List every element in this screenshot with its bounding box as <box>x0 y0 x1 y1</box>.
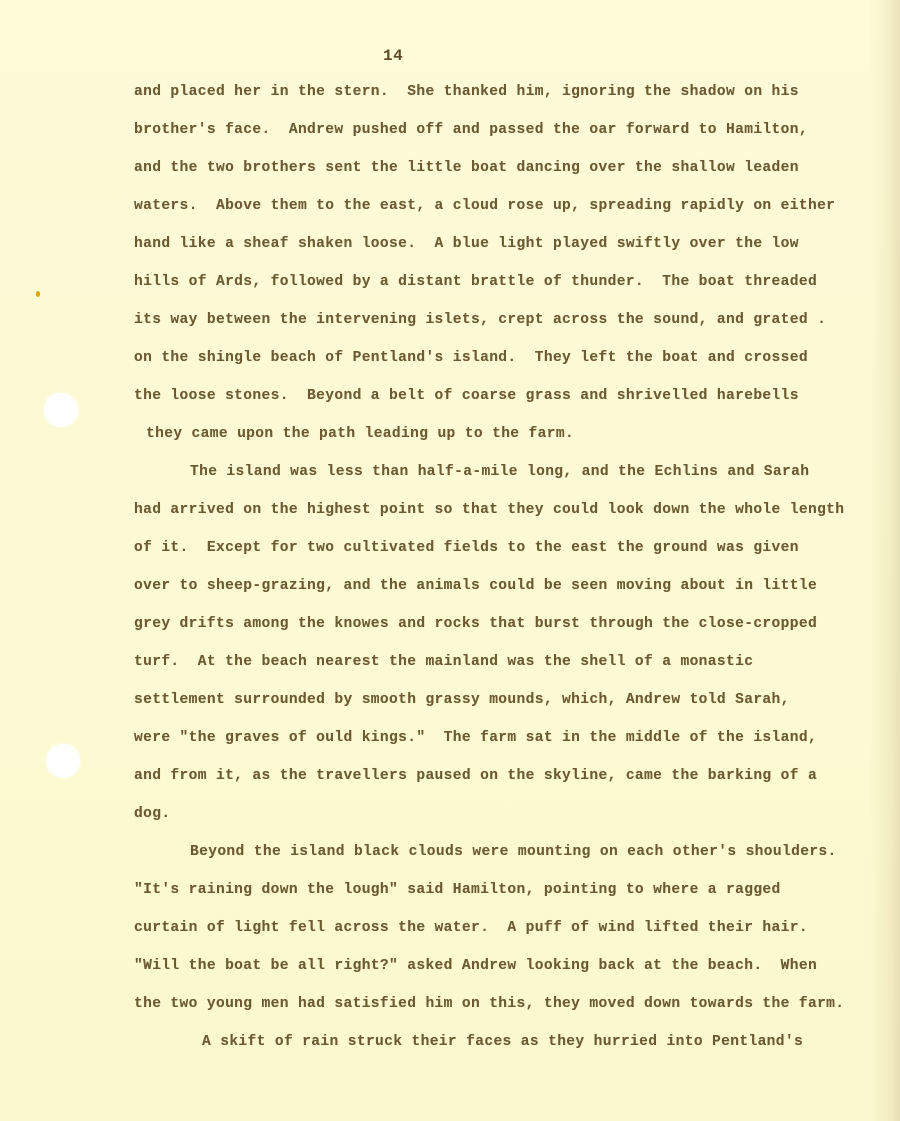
text-line: settlement surrounded by smooth grassy m… <box>134 692 790 708</box>
punch-hole-lower <box>46 744 80 778</box>
text-line: "Will the boat be all right?" asked Andr… <box>134 958 817 974</box>
text-line: the two young men had satisfied him on t… <box>134 996 844 1012</box>
text-line: The island was less than half-a-mile lon… <box>190 464 809 480</box>
typewritten-page: 14 and placed her in the stern. She than… <box>0 0 900 1121</box>
text-line: over to sheep-grazing, and the animals c… <box>134 578 817 594</box>
text-line: brother's face. Andrew pushed off and pa… <box>134 122 808 138</box>
text-line: turf. At the beach nearest the mainland … <box>134 654 753 670</box>
ink-stain-dot <box>36 291 40 297</box>
text-line: curtain of light fell across the water. … <box>134 920 808 936</box>
text-line: Beyond the island black clouds were moun… <box>190 844 837 860</box>
text-line: on the shingle beach of Pentland's islan… <box>134 350 808 366</box>
text-line: had arrived on the highest point so that… <box>134 502 844 518</box>
text-line: of it. Except for two cultivated fields … <box>134 540 799 556</box>
text-line: dog. <box>134 806 170 822</box>
text-line: and from it, as the travellers paused on… <box>134 768 817 784</box>
text-line: hills of Ards, followed by a distant bra… <box>134 274 817 290</box>
text-line: they came upon the path leading up to th… <box>146 426 574 442</box>
text-line: waters. Above them to the east, a cloud … <box>134 198 835 214</box>
text-line: grey drifts among the knowes and rocks t… <box>134 616 817 632</box>
text-line: and the two brothers sent the little boa… <box>134 160 799 176</box>
text-line: its way between the intervening islets, … <box>134 312 826 328</box>
page-number: 14 <box>383 47 403 65</box>
text-line: and placed her in the stern. She thanked… <box>134 84 799 100</box>
text-line: were "the graves of ould kings." The far… <box>134 730 817 746</box>
text-line: the loose stones. Beyond a belt of coars… <box>134 388 799 404</box>
text-line: "It's raining down the lough" said Hamil… <box>134 882 781 898</box>
punch-hole-upper <box>44 393 78 427</box>
text-line: A skift of rain struck their faces as th… <box>202 1034 803 1050</box>
text-line: hand like a sheaf shaken loose. A blue l… <box>134 236 799 252</box>
